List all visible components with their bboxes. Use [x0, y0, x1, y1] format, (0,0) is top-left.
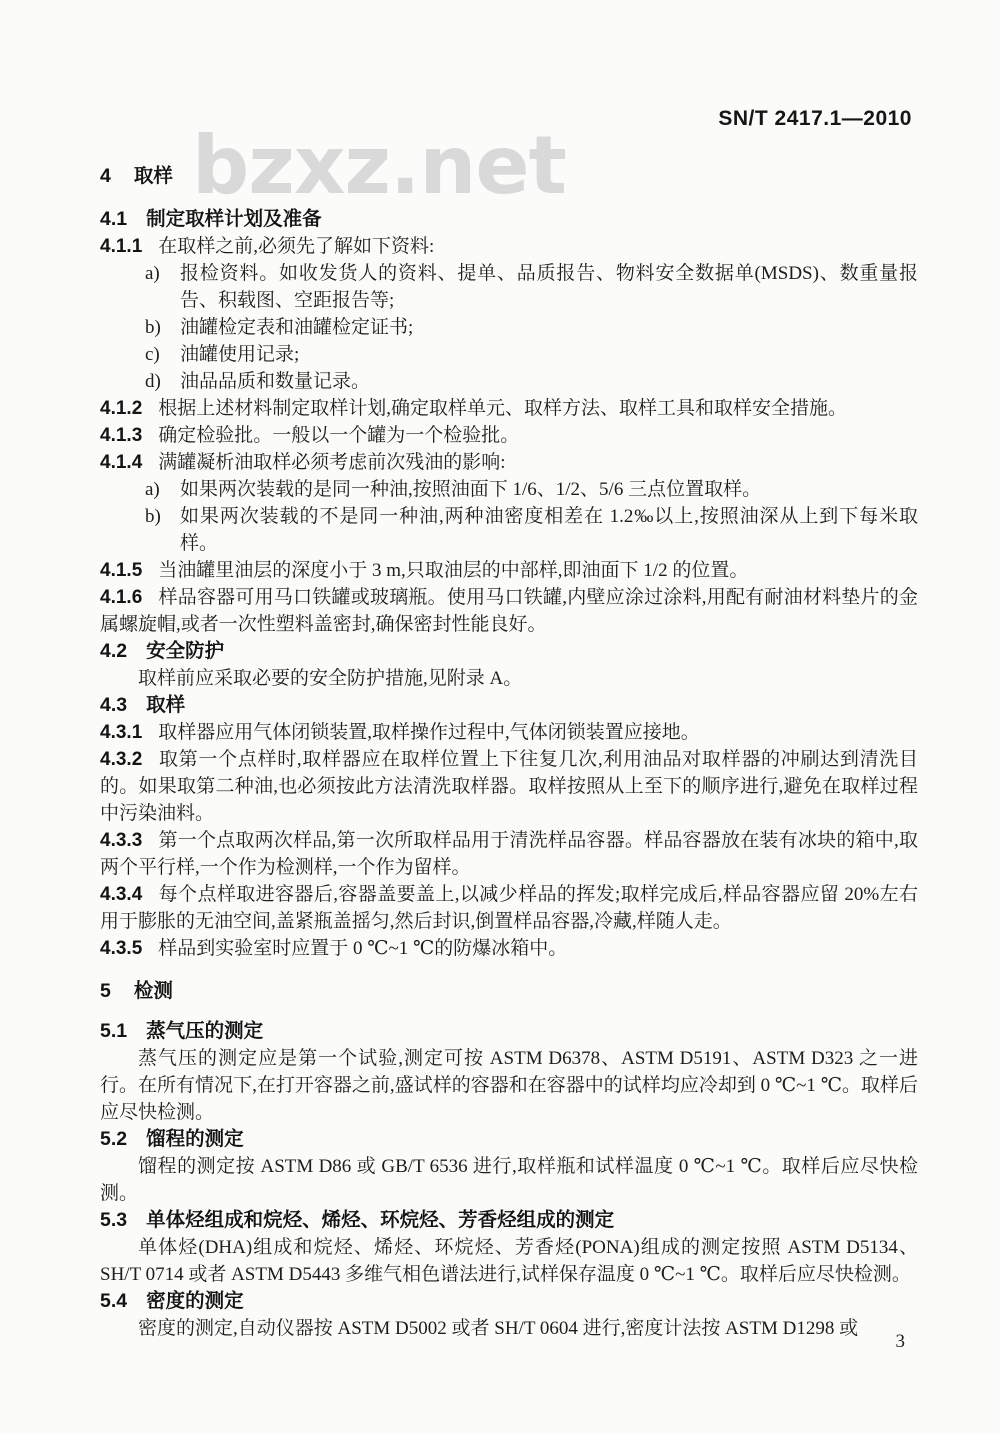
list-item-d-text: 油品品质和数量记录。 — [180, 371, 370, 392]
subsection-4-1-number: 4.1 — [100, 208, 127, 230]
clause-4-3-1-number: 4.3.1 — [100, 722, 142, 743]
section-4-title: 取样 — [134, 165, 173, 187]
subsection-4-3-heading: 4.3取样 — [100, 692, 918, 719]
subsection-5-4-title: 密度的测定 — [146, 1290, 244, 1312]
list-marker-b2: b) — [145, 503, 161, 530]
clause-4-3-1-text: 取样器应用气体闭锁装置,取样操作过程中,气体闭锁装置应接地。 — [158, 722, 700, 743]
section-5-title: 检测 — [134, 980, 173, 1002]
list-marker-b: b) — [145, 314, 161, 341]
subsection-5-2-number: 5.2 — [100, 1128, 127, 1150]
clause-4-1-5-number: 4.1.5 — [100, 560, 142, 581]
page-content: 4取样 4.1制定取样计划及准备 4.1.1在取样之前,必须先了解如下资料: a… — [100, 163, 918, 1342]
subsection-5-1-heading: 5.1蒸气压的测定 — [100, 1018, 918, 1045]
subsection-4-3-number: 4.3 — [100, 694, 127, 716]
clause-4-1-3-number: 4.1.3 — [100, 425, 142, 446]
subsection-5-2-heading: 5.2馏程的测定 — [100, 1126, 918, 1153]
subsection-4-3-title: 取样 — [146, 694, 185, 716]
clause-4-1-3-text: 确定检验批。一般以一个罐为一个检验批。 — [158, 425, 519, 446]
subsection-4-1-heading: 4.1制定取样计划及准备 — [100, 206, 918, 233]
subsection-5-2-title: 馏程的测定 — [146, 1128, 244, 1150]
subsection-5-3-title: 单体烃组成和烷烃、烯烃、环烷烃、芳香烃组成的测定 — [146, 1209, 614, 1231]
clause-4-1-6-text: 样品容器可用马口铁罐或玻璃瓶。使用马口铁罐,内壁应涂过涂料,用配有耐油材料垫片的… — [100, 587, 918, 635]
clause-4-1-6: 4.1.6样品容器可用马口铁罐或玻璃瓶。使用马口铁罐,内壁应涂过涂料,用配有耐油… — [100, 584, 918, 638]
standard-code: SN/T 2417.1—2010 — [718, 107, 912, 131]
list-item-d: d)油品品质和数量记录。 — [100, 368, 918, 395]
subsection-5-4-heading: 5.4密度的测定 — [100, 1288, 918, 1315]
subsection-4-2-number: 4.2 — [100, 640, 127, 662]
list-item-b-text: 油罐检定表和油罐检定证书; — [180, 317, 413, 338]
clause-4-1-1-text: 在取样之前,必须先了解如下资料: — [158, 236, 434, 257]
clause-4-3-4-text: 每个点样取进容器后,容器盖要盖上,以减少样品的挥发;取样完成后,样品容器应留 2… — [100, 884, 918, 932]
clause-4-3-2-text: 取第一个点样时,取样器应在取样位置上下往复几次,利用油品对取样器的冲刷达到清洗目… — [100, 749, 918, 824]
list-item-c: c)油罐使用记录; — [100, 341, 918, 368]
clause-4-3-2-number: 4.3.2 — [100, 749, 142, 770]
subsection-5-3-heading: 5.3单体烃组成和烷烃、烯烃、环烷烃、芳香烃组成的测定 — [100, 1207, 918, 1234]
subsection-5-1-title: 蒸气压的测定 — [146, 1020, 263, 1042]
clause-4-1-5-text: 当油罐里油层的深度小于 3 m,只取油层的中部样,即油面下 1/2 的位置。 — [158, 560, 748, 581]
subsection-4-2-title: 安全防护 — [146, 640, 224, 662]
clause-4-1-5: 4.1.5当油罐里油层的深度小于 3 m,只取油层的中部样,即油面下 1/2 的… — [100, 557, 918, 584]
section-5-number: 5 — [100, 980, 111, 1002]
clause-4-3-3-number: 4.3.3 — [100, 830, 142, 851]
document-page: { "page": { "standard_code": "SN/T 2417.… — [0, 0, 1000, 1434]
subsection-5-1-number: 5.1 — [100, 1020, 127, 1042]
clause-4-3-1: 4.3.1取样器应用气体闭锁装置,取样操作过程中,气体闭锁装置应接地。 — [100, 719, 918, 746]
clause-4-3-3: 4.3.3第一个点取两次样品,第一次所取样品用于清洗样品容器。样品容器放在装有冰… — [100, 827, 918, 881]
clause-4-3-5-text: 样品到实验室时应置于 0 ℃~1 ℃的防爆冰箱中。 — [158, 938, 567, 959]
clause-4-3-4-number: 4.3.4 — [100, 884, 142, 905]
section-5-heading: 5检测 — [100, 978, 918, 1005]
clause-4-3-5-number: 4.3.5 — [100, 938, 142, 959]
clause-4-3-2: 4.3.2取第一个点样时,取样器应在取样位置上下往复几次,利用油品对取样器的冲刷… — [100, 746, 918, 827]
clause-4-1-2-text: 根据上述材料制定取样计划,确定取样单元、取样方法、取样工具和取样安全措施。 — [158, 398, 847, 419]
clause-4-3-4: 4.3.4每个点样取进容器后,容器盖要盖上,以减少样品的挥发;取样完成后,样品容… — [100, 881, 918, 935]
paragraph-5-1: 蒸气压的测定应是第一个试验,测定可按 ASTM D6378、ASTM D5191… — [100, 1045, 918, 1126]
list-marker-a: a) — [145, 260, 160, 287]
clause-4-3-5: 4.3.5样品到实验室时应置于 0 ℃~1 ℃的防爆冰箱中。 — [100, 935, 918, 962]
list-item-b2: b)如果两次装载的不是同一种油,两种油密度相差在 1.2‰以上,按照油深从上到下… — [100, 503, 918, 557]
clause-4-1-4-number: 4.1.4 — [100, 452, 142, 473]
list-item-a2-text: 如果两次装载的是同一种油,按照油面下 1/6、1/2、5/6 三点位置取样。 — [180, 479, 761, 500]
clause-4-3-3-text: 第一个点取两次样品,第一次所取样品用于清洗样品容器。样品容器放在装有冰块的箱中,… — [100, 830, 918, 878]
clause-4-1-2-number: 4.1.2 — [100, 398, 142, 419]
clause-4-1-4-text: 满罐凝析油取样必须考虑前次残油的影响: — [158, 452, 505, 473]
subsection-4-1-title: 制定取样计划及准备 — [146, 208, 322, 230]
section-4-heading: 4取样 — [100, 163, 918, 190]
clause-4-1-4: 4.1.4满罐凝析油取样必须考虑前次残油的影响: — [100, 449, 918, 476]
subsection-4-2-heading: 4.2安全防护 — [100, 638, 918, 665]
clause-4-1-2: 4.1.2根据上述材料制定取样计划,确定取样单元、取样方法、取样工具和取样安全措… — [100, 395, 918, 422]
subsection-5-3-number: 5.3 — [100, 1209, 127, 1231]
list-item-a2: a)如果两次装载的是同一种油,按照油面下 1/6、1/2、5/6 三点位置取样。 — [100, 476, 918, 503]
subsection-5-4-number: 5.4 — [100, 1290, 127, 1312]
paragraph-4-2: 取样前应采取必要的安全防护措施,见附录 A。 — [100, 665, 918, 692]
clause-4-1-1: 4.1.1在取样之前,必须先了解如下资料: — [100, 233, 918, 260]
list-marker-a2: a) — [145, 476, 160, 503]
list-item-b: b)油罐检定表和油罐检定证书; — [100, 314, 918, 341]
list-marker-d: d) — [145, 368, 161, 395]
list-marker-c: c) — [145, 341, 160, 368]
paragraph-5-2: 馏程的测定按 ASTM D86 或 GB/T 6536 进行,取样瓶和试样温度 … — [100, 1153, 918, 1207]
page-number: 3 — [896, 1331, 906, 1353]
clause-4-1-3: 4.1.3确定检验批。一般以一个罐为一个检验批。 — [100, 422, 918, 449]
section-4-number: 4 — [100, 165, 111, 187]
list-item-a-text: 报检资料。如收发货人的资料、提单、品质报告、物料安全数据单(MSDS)、数重量报… — [180, 263, 918, 311]
clause-4-1-1-number: 4.1.1 — [100, 236, 142, 257]
clause-4-1-6-number: 4.1.6 — [100, 587, 142, 608]
paragraph-5-3: 单体烃(DHA)组成和烷烃、烯烃、环烷烃、芳香烃(PONA)组成的测定按照 AS… — [100, 1234, 918, 1288]
list-item-a: a)报检资料。如收发货人的资料、提单、品质报告、物料安全数据单(MSDS)、数重… — [100, 260, 918, 314]
paragraph-5-4: 密度的测定,自动仪器按 ASTM D5002 或者 SH/T 0604 进行,密… — [100, 1315, 918, 1342]
list-item-b2-text: 如果两次装载的不是同一种油,两种油密度相差在 1.2‰以上,按照油深从上到下每米… — [180, 506, 918, 554]
list-item-c-text: 油罐使用记录; — [180, 344, 299, 365]
